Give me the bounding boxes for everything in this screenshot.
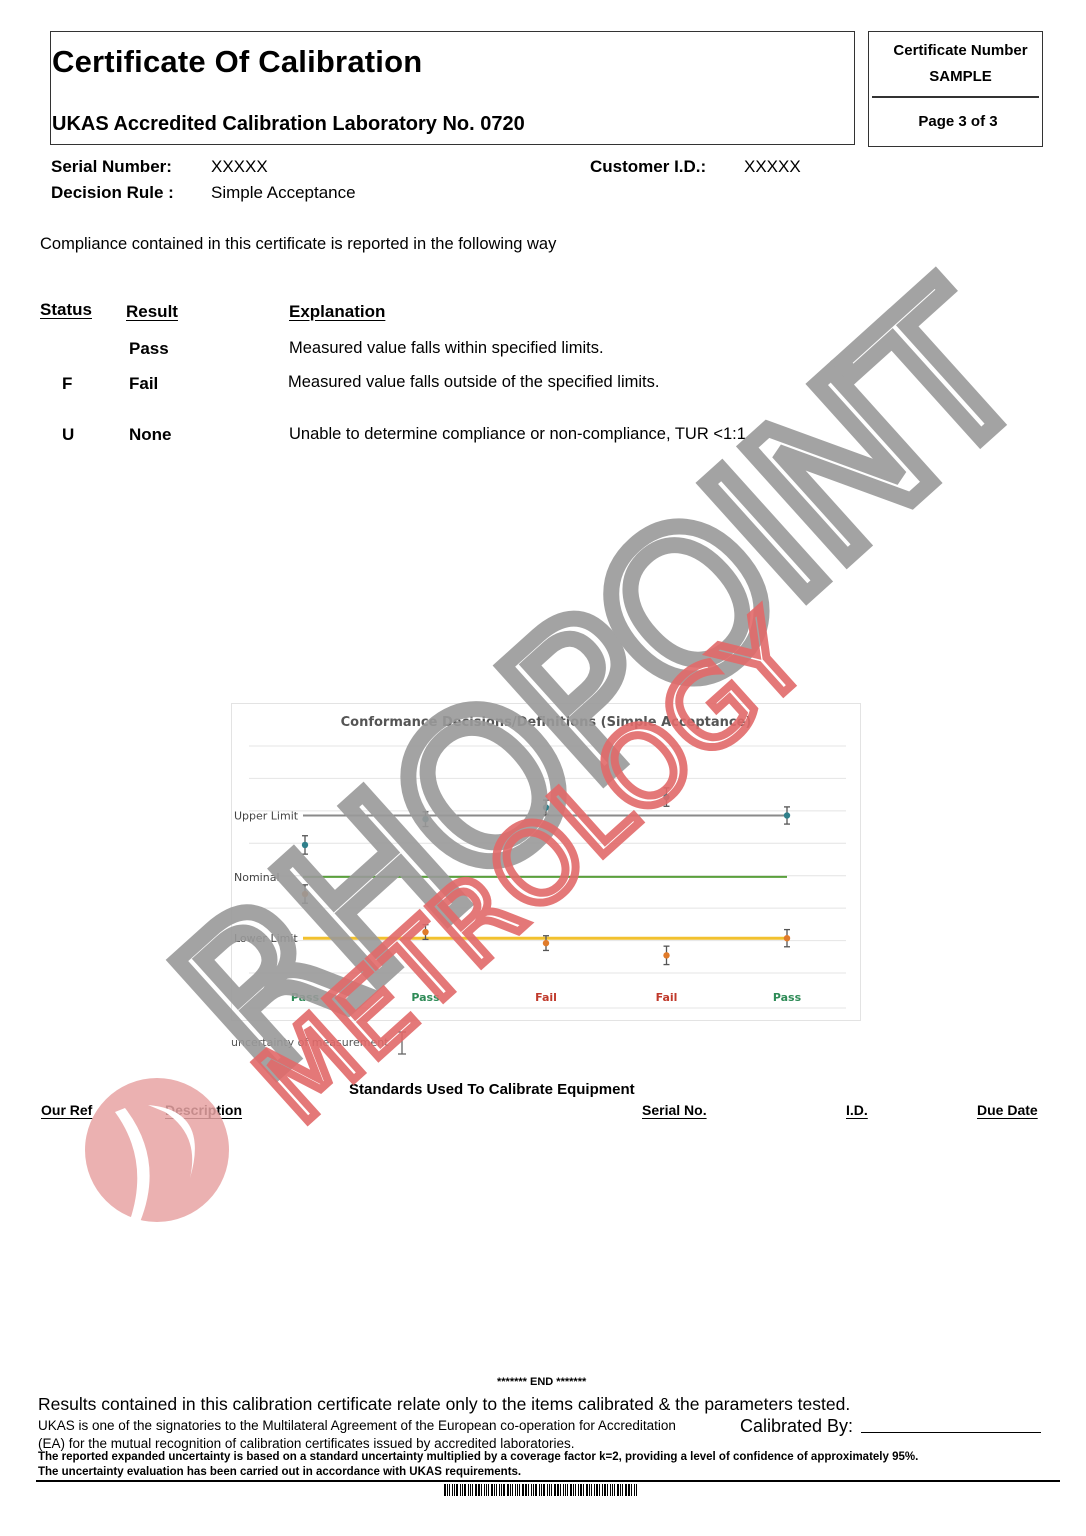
barcode-bar [447,1484,448,1496]
row-explanation: Measured value falls outside of the spec… [288,373,659,392]
barcode-bar [612,1484,613,1496]
barcode-bar [604,1484,606,1496]
barcode-bar [586,1484,588,1496]
chart-legend-label: uncertainty of measurement [231,1036,389,1049]
barcode-bar [565,1484,566,1496]
conformance-chart: Upper LimitNominalLower LimitPassPassFai… [231,703,861,1033]
decision-rule-value: Simple Acceptance [211,183,356,203]
barcode-bar [573,1484,574,1496]
barcode-bar [591,1484,592,1496]
barcode-bar [614,1484,615,1496]
barcode-bar [583,1484,584,1496]
barcode-bar [531,1484,532,1496]
barcode-bar [551,1484,552,1496]
ukas-statement-line-1: UKAS is one of the signatories to the Mu… [38,1418,676,1433]
barcode-bar [528,1484,529,1496]
page-number: Page 3 of 3 [868,113,1048,130]
barcode-bar [456,1484,458,1496]
svg-text:Upper Limit: Upper Limit [234,809,299,822]
barcode-bar [472,1484,473,1496]
standards-title: Standards Used To Calibrate Equipment [349,1081,635,1098]
barcode-bar [515,1484,516,1496]
barcode-bar [549,1484,550,1496]
barcode-bar [512,1484,513,1496]
barcode-bar [522,1484,524,1496]
serial-number-value: XXXXX [211,157,268,177]
svg-text:Fail: Fail [656,991,678,1004]
compliance-intro: Compliance contained in this certificate… [40,235,556,254]
results-disclaimer: Results contained in this calibration ce… [38,1394,850,1415]
barcode-bar [510,1484,511,1496]
row-explanation: Measured value falls within specified li… [289,339,604,358]
barcode-bar [628,1484,630,1496]
barcode-bar [533,1484,534,1496]
certificate-number-label: Certificate Number [868,42,1053,59]
barcode-bar [496,1484,497,1496]
barcode-bar [575,1484,576,1496]
page-title: Certificate Of Calibration [52,44,422,80]
barcode-bar [525,1484,527,1496]
barcode-bar [484,1484,485,1496]
barcode-bar [543,1484,545,1496]
barcode-bar [636,1484,637,1496]
row-result: Pass [129,339,169,359]
barcode-bar [578,1484,579,1496]
svg-text:Fail: Fail [535,991,557,1004]
calibrated-by-signature-line [861,1432,1041,1433]
barcode-bar [622,1484,623,1496]
barcode-bar [634,1484,635,1496]
uncertainty-statement-line-1: The reported expanded uncertainty is bas… [38,1451,918,1463]
barcode-bar [625,1484,627,1496]
barcode-bar [602,1484,603,1496]
barcode-bar [617,1484,619,1496]
barcode-bar [452,1484,453,1496]
barcode-bar [541,1484,542,1496]
chart-title: Conformance Decisions/Definitions (Simpl… [231,715,861,730]
column-header-explanation: Explanation [289,302,385,322]
row-explanation: Unable to determine compliance or non-co… [289,425,746,444]
barcode-bar [580,1484,582,1496]
rhopoint-logo-icon [85,1078,229,1222]
barcode-bar [468,1484,469,1496]
error-bar-legend-icon [395,1030,409,1056]
barcode-bar [488,1484,489,1496]
barcode-bar [507,1484,509,1496]
svg-text:Nominal: Nominal [234,871,280,884]
barcode-bar [478,1484,480,1496]
column-header-status: Status [40,300,92,320]
customer-id-label: Customer I.D.: [590,157,706,177]
lab-accreditation: UKAS Accredited Calibration Laboratory N… [52,113,525,136]
standards-header-id: I.D. [846,1102,868,1118]
barcode-bar [539,1484,540,1496]
barcode-bar [449,1484,450,1496]
barcode-bar [554,1484,556,1496]
standards-header-serial-no: Serial No. [642,1102,707,1118]
barcode-bar [499,1484,500,1496]
svg-text:Lower Limit: Lower Limit [234,932,298,945]
certificate-number: SAMPLE [868,68,1053,85]
uncertainty-statement-line-2: The uncertainty evaluation has been carr… [38,1466,521,1478]
ukas-statement-line-2: (EA) for the mutual recognition of calib… [38,1436,575,1451]
row-result: None [129,425,172,445]
barcode-bar [462,1484,463,1496]
barcode-bar [503,1484,505,1496]
end-marker: ******* END ******* [497,1376,586,1388]
barcode-bar [454,1484,455,1496]
row-result: Fail [129,374,158,394]
barcode-bar [560,1484,561,1496]
row-status: U [62,425,74,445]
row-status: F [62,374,72,394]
customer-id-value: XXXXX [744,157,801,177]
barcode-bar [481,1484,482,1496]
barcode-bar [491,1484,493,1496]
barcode-bar [610,1484,611,1496]
footer-rule [36,1480,1060,1482]
standards-header-our-ref: Our Ref [41,1102,92,1118]
barcode-bar [557,1484,559,1496]
barcode-bar [570,1484,572,1496]
barcode-bar [460,1484,461,1496]
svg-text:Pass: Pass [291,991,320,1004]
standards-header-due-date: Due Date [977,1102,1038,1118]
serial-number-label: Serial Number: [51,157,172,177]
barcode-bar [567,1484,568,1496]
barcode-bar [486,1484,487,1496]
barcode-bar [519,1484,520,1496]
decision-rule-label: Decision Rule : [51,183,174,203]
barcode-bar [494,1484,495,1496]
barcode-bar [620,1484,621,1496]
barcode-bar [535,1484,537,1496]
barcode-bar [501,1484,502,1496]
barcode-bar [607,1484,608,1496]
barcode-bar [470,1484,471,1496]
barcode-bar [464,1484,466,1496]
certificate-box-divider [872,96,1039,98]
barcode-bar [444,1484,446,1496]
barcode-bar [475,1484,477,1496]
calibrated-by-label: Calibrated By: [740,1416,853,1437]
barcode [444,1484,676,1496]
svg-text:Pass: Pass [773,991,802,1004]
column-header-result: Result [126,302,178,322]
standards-header-description: Description [165,1102,242,1118]
barcode-bar [631,1484,632,1496]
barcode-bar [563,1484,564,1496]
barcode-bar [547,1484,548,1496]
barcode-bar [517,1484,518,1496]
barcode-bar [599,1484,600,1496]
svg-text:Pass: Pass [411,991,440,1004]
barcode-bar [589,1484,590,1496]
barcode-bar [596,1484,598,1496]
barcode-bar [594,1484,595,1496]
